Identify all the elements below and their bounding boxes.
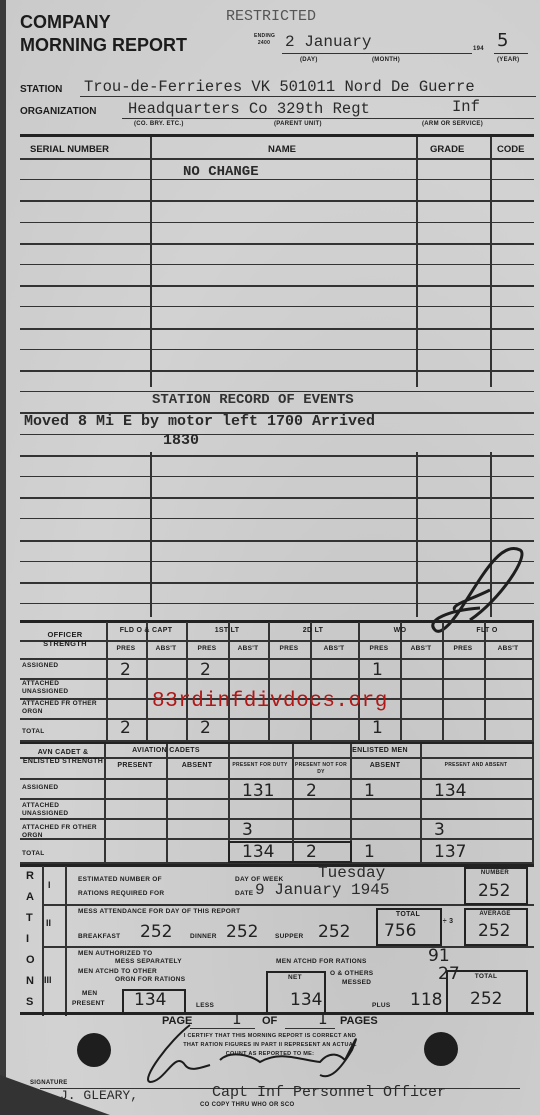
col-divider-code: [490, 137, 492, 387]
signer-title: Capt Inf Personnel Officer: [212, 1084, 446, 1101]
report-day-month: 2 January: [285, 33, 371, 51]
officer-col-rule: [268, 622, 270, 740]
enlisted-col-header: ABSENT: [168, 762, 226, 769]
organization-label: ORGANIZATION: [20, 106, 96, 117]
total-highlight-box: [228, 841, 352, 863]
officer-subcol-pres: PRES: [270, 645, 308, 652]
day-of-week-value: Tuesday: [318, 864, 385, 882]
officer-row-rule: [20, 718, 534, 720]
officer-strength-label: OFFICER STRENGTH: [28, 630, 102, 648]
atchd-for-rations-label: MEN ATCHD FOR RATIONS: [276, 958, 367, 965]
est-rations-label-2: RATIONS REQUIRED FOR: [78, 890, 164, 897]
report-year-digit: 5: [497, 30, 508, 51]
officer-cell: 2: [200, 718, 211, 738]
punch-hole-right: [424, 1032, 458, 1066]
enlisted-col-header: PRESENT NOT FOR DY: [294, 762, 348, 776]
men-present-label-2: PRESENT: [72, 1000, 105, 1007]
ending-label: ENDING 2400: [254, 33, 274, 47]
org-caption-unit: (CO. BRY. ETC.): [134, 121, 184, 127]
station-label: STATION: [20, 84, 62, 95]
officer-cell: 1: [372, 718, 383, 738]
enlisted-row-rule: [20, 778, 534, 780]
officer-subcol-pres: PRES: [108, 645, 144, 652]
rations-side-letter: S: [26, 996, 33, 1008]
roman-i: I: [48, 880, 51, 890]
table-row-rule: [20, 370, 534, 372]
initial-flourish: [420, 540, 535, 640]
events-line-1: Moved 8 Mi E by motor left 1700 Arrived: [24, 413, 375, 430]
enlisted-row-rule: [20, 818, 534, 820]
officer-row-label: ATTACHED FR OTHER ORGN: [22, 700, 102, 716]
officer-group-header: WO: [360, 627, 440, 634]
punch-hole-left: [77, 1033, 111, 1067]
date-label: DATE: [235, 890, 253, 897]
date-underline: [282, 53, 472, 54]
events-line-2: 1830: [163, 432, 199, 449]
rations-side-letter: N: [26, 975, 34, 987]
rations-side-letter: T: [26, 912, 33, 924]
average-value: 252: [478, 921, 510, 941]
rations-total-value: 252: [470, 989, 502, 1009]
entry-name-no-change: NO CHANGE: [183, 164, 259, 180]
mess-total-label: TOTAL: [378, 911, 438, 918]
signature-handwriting: [130, 1020, 380, 1090]
enlisted-row-label: ATTACHED UNASSIGNED: [22, 802, 102, 818]
station-underline: [80, 96, 536, 97]
roman-ii: II: [46, 918, 51, 928]
table-row-rule: [20, 200, 534, 202]
officer-row-label: TOTAL: [22, 728, 102, 736]
est-rations-label-1: ESTIMATED NUMBER OF: [78, 876, 162, 883]
enlisted-group-header: ENLISTED MEN: [230, 747, 530, 754]
classification-stamp: RESTRICTED: [226, 8, 316, 25]
col-divider-serial-lower: [150, 452, 152, 617]
table-row-rule: [20, 158, 534, 160]
divide-by-three: ÷ 3: [442, 916, 454, 928]
enlisted-cell: 1: [364, 842, 375, 862]
men-present-value: 134: [134, 990, 166, 1010]
plus-label: PLUS: [372, 1002, 391, 1009]
officer-row-label: ASSIGNED: [22, 662, 102, 670]
officer-subcol-pres: PRES: [188, 645, 226, 652]
enlisted-col-rule: [532, 744, 534, 862]
cadets-group-header: AVIATION CADETS: [106, 747, 226, 754]
enlisted-cell: 137: [434, 842, 466, 862]
enlisted-top-rule: [20, 742, 534, 744]
officer-col-rule: [442, 622, 444, 740]
year-underline: [494, 53, 528, 54]
mess-attendance-label: MESS ATTENDANCE FOR DAY OF THIS REPORT: [78, 908, 240, 915]
officer-col-rule: [400, 622, 402, 740]
col-code: CODE: [497, 144, 524, 155]
breakfast-label: BREAKFAST: [78, 933, 120, 940]
enlisted-col-header: PRESENT AND ABSENT: [422, 762, 530, 769]
table-row-rule: [20, 476, 534, 477]
less-label: LESS: [196, 1002, 214, 1009]
enlisted-row-label: TOTAL: [22, 850, 102, 858]
officer-subcol-abst: ABS'T: [230, 645, 266, 652]
col-divider-grade: [416, 137, 418, 387]
rations-side-letter: O: [26, 954, 35, 966]
rations-side-letter: A: [26, 891, 34, 903]
officer-col-rule: [532, 622, 534, 740]
rations-col-2: [65, 866, 67, 1016]
enlisted-row-label: ATTACHED FR OTHER ORGN: [22, 824, 102, 840]
average-label: AVERAGE: [466, 911, 524, 917]
enlisted-col-header: ABSENT: [352, 762, 418, 769]
table-row-rule: [20, 455, 534, 457]
men-authorized-label-1: MEN AUTHORIZED TO: [78, 950, 152, 957]
year-prefix: 194: [473, 46, 484, 52]
atchd-other-label-2: ORGN FOR RATIONS: [115, 976, 185, 983]
enlisted-col-header: PRESENT: [106, 762, 164, 769]
organization-arm: Inf: [452, 98, 480, 116]
roman-iii: III: [44, 975, 52, 985]
page-edge-shadow: [0, 0, 6, 1115]
watermark: 83rdinfdivdocs.org: [152, 690, 388, 713]
table-row-rule: [20, 243, 534, 245]
title-company: COMPANY: [20, 12, 111, 33]
atchd-for-rations-value: 91: [428, 946, 450, 966]
men-present-label-1: MEN: [82, 990, 97, 997]
officer-col-rule: [484, 622, 486, 740]
page-corner-fold: [0, 1075, 110, 1115]
title-morning-report: MORNING REPORT: [20, 35, 187, 56]
officer-subcol-abst: ABS'T: [402, 645, 440, 652]
enlisted-cell: 3: [434, 820, 445, 840]
dinner-value: 252: [226, 922, 258, 942]
officer-col-rule: [228, 622, 230, 740]
officer-subcol-abst: ABS'T: [312, 645, 356, 652]
enlisted-cell: 2: [306, 781, 317, 801]
table-row-rule: [20, 264, 534, 265]
mess-total-value: 756: [384, 921, 416, 941]
org-caption-arm: (ARM OR SERVICE): [422, 121, 483, 127]
morning-report-document: COMPANY MORNING REPORT RESTRICTED ENDING…: [0, 0, 540, 1115]
table-row-rule: [20, 349, 534, 350]
officer-cell: 2: [120, 718, 131, 738]
month-caption: (MONTH): [372, 57, 400, 63]
number-label: NUMBER: [466, 870, 524, 876]
table-row-rule: [20, 497, 534, 499]
officer-group-header: FLD O & CAPT: [108, 627, 184, 634]
table-row-rule: [20, 518, 534, 519]
officer-group-header: FLT O: [444, 627, 530, 634]
rations-side-letter: I: [26, 933, 29, 945]
breakfast-value: 252: [140, 922, 172, 942]
ration-number-value: 252: [478, 881, 510, 901]
year-caption: (YEAR): [497, 57, 519, 63]
net-value: 134: [290, 990, 322, 1010]
table-row-rule: [20, 222, 534, 223]
table-row-rule: [20, 179, 534, 180]
officer-col-rule: [106, 622, 108, 740]
atchd-other-label-1: MEN ATCHD TO OTHER: [78, 968, 157, 975]
col-serial-number: SERIAL NUMBER: [30, 144, 109, 155]
others-messed-label-2: MESSED: [342, 979, 371, 986]
officer-col-rule: [310, 622, 312, 740]
station-value: Trou-de-Ferrieres VK 501011 Nord De Guer…: [84, 78, 475, 96]
officer-cell: 2: [120, 660, 131, 680]
table-row-rule: [20, 306, 534, 307]
col-name: NAME: [268, 144, 296, 155]
day-caption: (DAY): [300, 57, 318, 63]
col-grade: GRADE: [430, 144, 464, 155]
events-heading: STATION RECORD OF EVENTS: [152, 392, 354, 408]
enlisted-strength-label: AVN CADET & ENLISTED STRENGTH: [22, 748, 104, 766]
table-top-rule: [20, 134, 534, 137]
enlisted-cell: 131: [242, 781, 274, 801]
rations-col-1: [42, 866, 44, 1016]
ration-date-value: 9 January 1945: [255, 881, 389, 899]
officer-row-label: ATTACHED UNASSIGNED: [22, 680, 102, 696]
officer-top-rule: [20, 620, 534, 623]
dinner-label: DINNER: [190, 933, 217, 940]
officer-cell: 2: [200, 660, 211, 680]
total-box-divider: [292, 841, 294, 861]
officer-subcol-pres: PRES: [444, 645, 482, 652]
distribution-caption: CO COPY THRU WHO OR SCO: [200, 1102, 294, 1108]
rations-side-letter: R: [26, 870, 34, 882]
organization-underline: [122, 118, 534, 119]
enlisted-col-header: PRESENT FOR DUTY: [230, 762, 290, 769]
col-divider-serial: [150, 137, 152, 387]
enlisted-cell: 134: [434, 781, 466, 801]
officer-cell: 1: [372, 660, 383, 680]
enlisted-row-label: ASSIGNED: [22, 784, 102, 792]
rations-rule-1: [42, 904, 534, 906]
officer-row-rule: [20, 658, 534, 660]
rations-rule-2: [42, 946, 534, 948]
table-row-rule: [20, 328, 534, 330]
org-caption-parent: (PARENT UNIT): [274, 121, 322, 127]
net-label: NET: [268, 974, 322, 981]
organization-value: Headquarters Co 329th Regt: [128, 100, 370, 118]
officer-subcol-abst: ABS'T: [148, 645, 184, 652]
officer-col-rule: [358, 622, 360, 740]
officer-subcol-pres: PRES: [360, 645, 398, 652]
officer-subcol-abst: ABS'T: [486, 645, 530, 652]
officer-col-rule: [146, 622, 148, 740]
rations-top-rule: [20, 864, 534, 867]
officer-col-rule: [186, 622, 188, 740]
plus-value: 118: [410, 990, 442, 1010]
col-divider-grade-lower: [416, 452, 418, 617]
rations-total-label: TOTAL: [448, 973, 524, 980]
table-row-rule: [20, 285, 534, 287]
officer-group-header: 1ST LT: [188, 627, 266, 634]
enlisted-cell: 3: [242, 820, 253, 840]
men-authorized-label-2: MESS SEPARATELY: [115, 958, 182, 965]
others-messed-label-1: O & OTHERS: [330, 970, 373, 977]
table-row-rule: [20, 434, 534, 435]
officer-group-header: 2D LT: [270, 627, 356, 634]
supper-value: 252: [318, 922, 350, 942]
enlisted-cell: 1: [364, 781, 375, 801]
supper-label: SUPPER: [275, 933, 304, 940]
